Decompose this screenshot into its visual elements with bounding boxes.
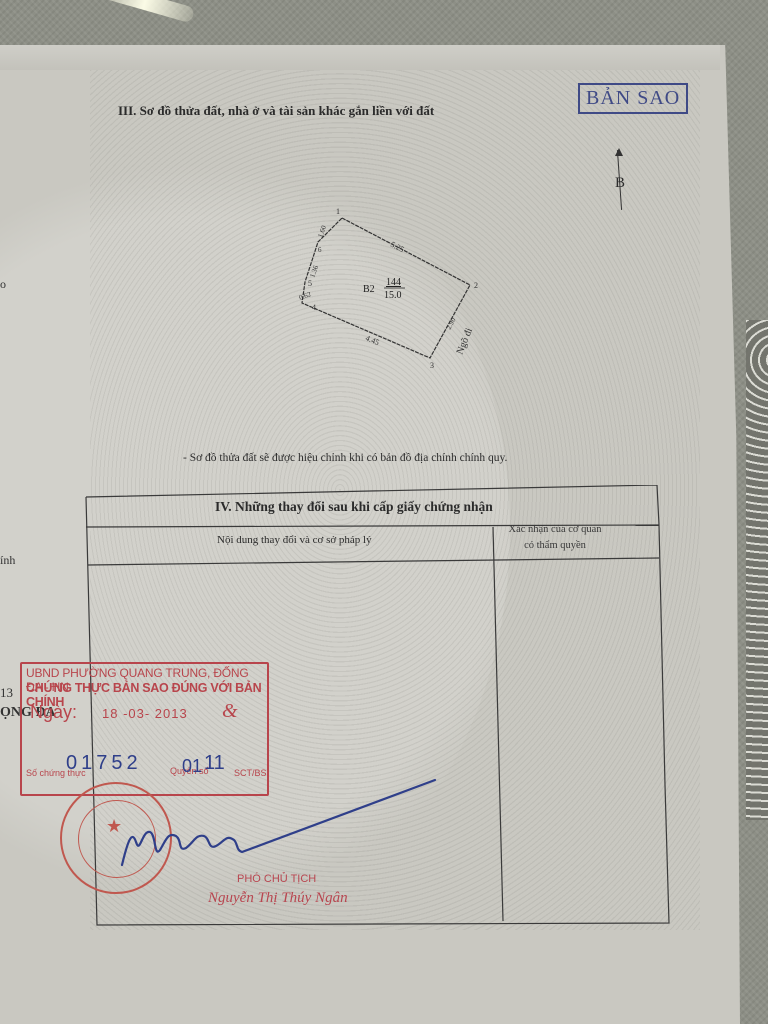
parcel-label: B2 bbox=[363, 284, 375, 295]
edge-1-6: 1.60 bbox=[316, 224, 328, 239]
cropped-text-fragment: o bbox=[0, 277, 6, 292]
signatory-role: PHÓ CHỦ TỊCH bbox=[237, 873, 316, 885]
stamp-date-label: Ngày: bbox=[30, 702, 77, 723]
stamp-date-value: 18 -03- 2013 bbox=[102, 706, 188, 721]
lace-tablecloth bbox=[746, 320, 768, 820]
edge-4-5: 0.62 bbox=[298, 290, 313, 302]
edge-5-6: 1.36 bbox=[308, 264, 320, 279]
signatory-name: Nguyễn Thị Thúy Ngân bbox=[208, 890, 348, 907]
north-label: B bbox=[615, 175, 625, 192]
north-indicator: B bbox=[612, 150, 632, 210]
column-header-changes: Nội dung thay đổi và cơ sở pháp lý bbox=[217, 534, 372, 546]
column-header-confirmation: Xác nhận của cơ quan có thẩm quyền bbox=[505, 522, 605, 554]
vertex-2: 2 bbox=[474, 281, 478, 290]
handwritten-signature bbox=[110, 770, 450, 880]
diagram-note: - Sơ đồ thửa đất sẽ được hiệu chỉnh khi … bbox=[183, 452, 507, 464]
section-3-title: III. Sơ đồ thửa đất, nhà ở và tài sản kh… bbox=[118, 103, 434, 119]
stamp-initial: & bbox=[222, 700, 238, 723]
edge-1-2: 5.25 bbox=[389, 240, 406, 254]
vertex-3: 3 bbox=[430, 361, 434, 370]
vertex-5: 5 bbox=[308, 279, 312, 288]
section-4-title: IV. Những thay đổi sau khi cấp giấy chứn… bbox=[215, 499, 493, 515]
vertex-1: 1 bbox=[336, 207, 340, 216]
road-label: Ngõ đi bbox=[455, 326, 476, 356]
parcel-diagram: 1 2 3 4 5 6 1.60 5.25 2.90 4.45 0.62 1.3… bbox=[290, 200, 500, 370]
vertex-4: 4 bbox=[312, 303, 316, 312]
vertex-6: 6 bbox=[318, 246, 322, 254]
edge-3-4: 4.45 bbox=[364, 334, 380, 348]
paper-fold bbox=[0, 45, 720, 70]
edge-2-3: 2.90 bbox=[445, 316, 458, 331]
cropped-text-fragment: ính bbox=[0, 553, 15, 568]
parcel-area: 15.0 bbox=[384, 290, 402, 301]
parcel-number: 144 bbox=[386, 277, 401, 288]
cropped-text-fragment: 13 bbox=[0, 685, 13, 701]
north-arrowhead-icon bbox=[615, 148, 623, 156]
copy-stamp: BẢN SAO bbox=[578, 83, 688, 114]
light-glare bbox=[95, 0, 196, 23]
